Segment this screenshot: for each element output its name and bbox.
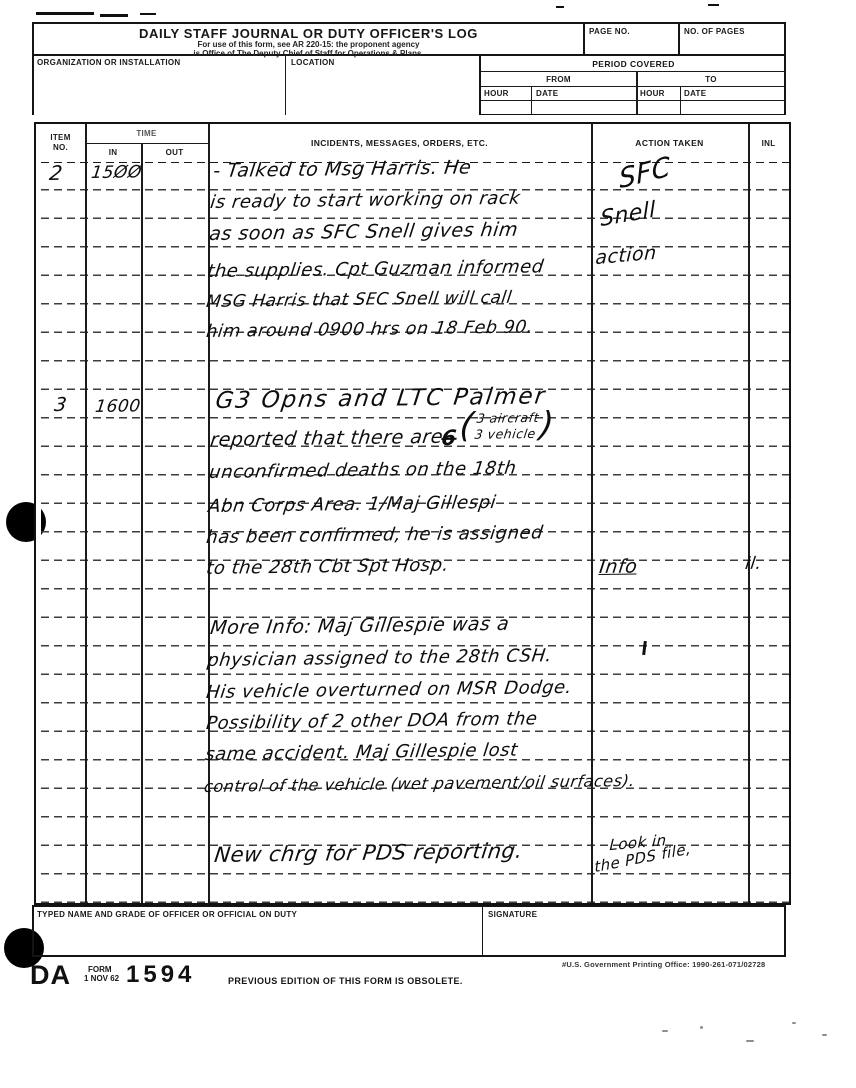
hour-label-to: HOUR — [640, 89, 665, 98]
journal-table-header: ITEM NO. TIME IN OUT INCIDENTS, MESSAGES… — [36, 124, 789, 163]
incidents-label: INCIDENTS, MESSAGES, ORDERS, ETC. — [311, 138, 488, 148]
date-label-to: DATE — [684, 89, 706, 98]
scan-artifact-dash — [36, 12, 94, 15]
scan-artifact-speck — [700, 1026, 703, 1029]
hour-label-from: HOUR — [484, 89, 509, 98]
obsolete-note: PREVIOUS EDITION OF THIS FORM IS OBSOLET… — [228, 976, 463, 986]
scan-artifact-speck — [792, 1022, 796, 1024]
form-edition-date: 1 NOV 62 — [84, 975, 119, 983]
time-in-header: IN — [85, 143, 141, 162]
form-footer: DA FORM 1 NOV 62 1594 PREVIOUS EDITION O… — [30, 960, 830, 992]
time-label: TIME — [136, 129, 156, 138]
from-to-row: FROM TO — [481, 72, 786, 87]
column-line-action — [591, 124, 593, 903]
hour-date-row: HOUR DATE HOUR DATE — [481, 87, 786, 101]
typed-name-label: TYPED NAME AND GRADE OF OFFICER OR OFFIC… — [37, 910, 297, 919]
da-mark: DA — [30, 960, 71, 991]
page-no-label: PAGE NO. — [589, 27, 630, 36]
period-covered-label: PERIOD COVERED — [592, 59, 675, 69]
item-label-2: NO. — [53, 143, 68, 153]
form-title: DAILY STAFF JOURNAL OR DUTY OFFICER'S LO… — [34, 26, 583, 41]
item-label-1: ITEM — [50, 133, 70, 143]
divider-line — [680, 87, 681, 100]
period-covered-box: PERIOD COVERED FROM TO HOUR DATE HOUR DA… — [479, 56, 786, 115]
column-line-incidents — [208, 124, 210, 903]
in-label: IN — [109, 148, 118, 157]
out-label: OUT — [166, 148, 184, 157]
action-taken-header: ACTION TAKEN — [591, 124, 748, 162]
printing-office-note: #U.S. Government Printing Office: 1990-2… — [562, 960, 765, 969]
form-title-block: DAILY STAFF JOURNAL OR DUTY OFFICER'S LO… — [32, 22, 786, 56]
signature-block: TYPED NAME AND GRADE OF OFFICER OR OFFIC… — [32, 905, 786, 957]
signature-label: SIGNATURE — [488, 910, 537, 919]
journal-table: ITEM NO. TIME IN OUT INCIDENTS, MESSAGES… — [34, 122, 791, 905]
from-cell: FROM — [481, 72, 636, 86]
scan-artifact-dash — [556, 6, 564, 8]
date-label-from: DATE — [536, 89, 558, 98]
action-taken-label: ACTION TAKEN — [635, 138, 703, 148]
period-covered-header: PERIOD COVERED — [481, 56, 786, 72]
scan-artifact-dash — [140, 13, 156, 15]
to-cell: TO — [636, 72, 786, 86]
organization-label: ORGANIZATION OR INSTALLATION — [37, 58, 181, 67]
location-box: LOCATION — [285, 56, 480, 115]
item-no-header: ITEM NO. — [36, 124, 85, 162]
divider-line — [680, 101, 681, 114]
divider-line — [531, 101, 532, 114]
inl-label: INL — [762, 139, 776, 148]
inl-header: INL — [748, 124, 789, 162]
column-line-in-out — [141, 143, 143, 903]
page-no-box: PAGE NO. — [583, 24, 680, 54]
form-number: 1594 — [126, 961, 195, 989]
typed-name-box: TYPED NAME AND GRADE OF OFFICER OR OFFIC… — [34, 907, 482, 955]
column-line-item — [85, 124, 87, 903]
from-label: FROM — [546, 75, 571, 84]
signature-box: SIGNATURE — [482, 907, 784, 955]
divider-line — [531, 87, 532, 100]
to-label: TO — [705, 75, 717, 84]
column-line-inl — [748, 124, 750, 903]
journal-table-body — [36, 162, 789, 903]
incidents-header: INCIDENTS, MESSAGES, ORDERS, ETC. — [208, 124, 591, 162]
scan-artifact-speck — [822, 1034, 827, 1036]
divider-line — [636, 101, 638, 114]
scan-artifact-dash — [100, 14, 128, 17]
form-header-block: ORGANIZATION OR INSTALLATION LOCATION PE… — [32, 56, 786, 115]
divider-line — [636, 87, 638, 100]
no-of-pages-label: NO. OF PAGES — [684, 27, 745, 36]
scan-artifact-speck — [662, 1030, 668, 1032]
no-of-pages-box: NO. OF PAGES — [678, 24, 786, 54]
scan-artifact-speck — [746, 1040, 754, 1042]
scan-artifact-dash — [708, 4, 719, 6]
location-label: LOCATION — [291, 58, 335, 67]
time-out-header: OUT — [141, 143, 208, 162]
time-header: TIME — [85, 124, 208, 143]
organization-box: ORGANIZATION OR INSTALLATION — [34, 56, 285, 115]
